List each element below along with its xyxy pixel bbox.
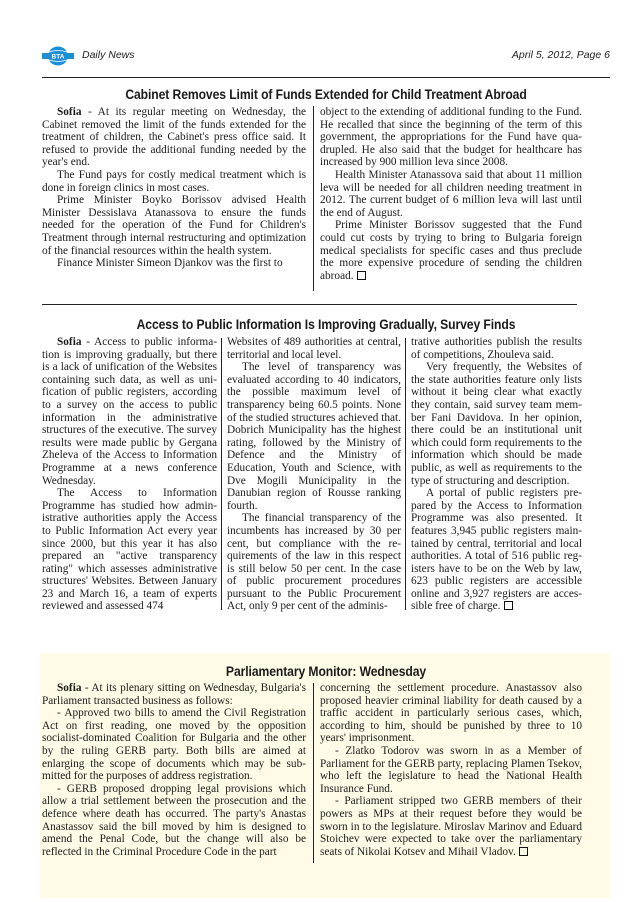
end-of-article-icon (519, 847, 528, 856)
end-of-article-icon (357, 271, 366, 280)
article-2-column-1: Sofia - Access to public informa­tion is… (42, 336, 217, 613)
article-paragraph: Websites of 489 authorities at cen­tral,… (227, 336, 401, 361)
article-1-column-1: Sofia - At its regular meeting on Wednes… (42, 106, 306, 270)
article-3-title: Parliamentary Monitor: Wednesday (70, 664, 581, 679)
article-paragraph: - Approved two bills to amend the Civil … (42, 707, 306, 783)
date-page-label: April 5, 2012, Page 6 (512, 49, 610, 61)
publication-name: Daily News (82, 49, 135, 61)
article-paragraph: The Fund pays for costly medical treatme… (42, 169, 306, 194)
article-3-column-2: concerning the settlement procedure. Ana… (320, 682, 582, 858)
article-paragraph: The Access to Information Programme has … (42, 487, 217, 613)
article-paragraph: Sofia - At its plenary sitting on Wednes… (42, 682, 306, 707)
article-paragraph: Prime Minister Boyko Borissov advised He… (42, 194, 306, 257)
page-header: BTA Daily News April 5, 2012, Page 6 (42, 46, 610, 68)
article-paragraph: trative authorities publish the results … (411, 336, 582, 361)
article-1-title: Cabinet Removes Limit of Funds Extended … (70, 87, 581, 102)
article-paragraph: Sofia - Access to public informa­tion is… (42, 336, 217, 487)
article-paragraph: The financial transparency of the incumb… (227, 512, 401, 613)
article-paragraph: Finance Minister Simeon Djankov was the … (42, 257, 306, 270)
article-1-column-2: object to the extending of additional fu… (320, 106, 582, 282)
article-paragraph: object to the extending of additional fu… (320, 106, 582, 169)
article-paragraph: A portal of public registers pre­pared b… (411, 487, 582, 613)
article-2-title: Access to Public Information Is Improvin… (70, 317, 581, 332)
article-paragraph: - Zlatko Todorov was sworn in as a Membe… (320, 745, 582, 795)
dateline-location: Sofia (57, 682, 81, 694)
svg-text:BTA: BTA (52, 53, 65, 60)
dateline-location: Sofia (57, 106, 81, 118)
article-paragraph: concerning the settlement procedure. Ana… (320, 682, 582, 745)
article-paragraph: Sofia - At its regular meeting on Wednes… (42, 106, 306, 169)
column-divider (221, 338, 222, 610)
column-divider (405, 338, 406, 610)
header-rule (42, 77, 610, 78)
article-paragraph: The level of transparency was evaluated … (227, 361, 401, 512)
column-divider (313, 683, 314, 863)
article-paragraph: Very frequently, the Websites of the sta… (411, 361, 582, 487)
article-3-column-1: Sofia - At its plenary sitting on Wednes… (42, 682, 306, 858)
article-paragraph: Prime Minister Borissov suggested that t… (320, 219, 582, 282)
article-paragraph: Health Minister Atanassova said that abo… (320, 169, 582, 219)
end-of-article-icon (504, 601, 513, 610)
article-2-column-3: trative authorities publish the results … (411, 336, 582, 613)
article-paragraph: - Parliament stripped two GERB members o… (320, 795, 582, 858)
dateline-location: Sofia (57, 336, 81, 348)
article-paragraph: - GERB proposed dropping legal provision… (42, 783, 306, 859)
article-2-column-2: Websites of 489 authorities at cen­tral,… (227, 336, 401, 613)
article-separator (42, 304, 577, 305)
bta-logo-icon: BTA (42, 46, 74, 66)
column-divider (313, 106, 314, 291)
